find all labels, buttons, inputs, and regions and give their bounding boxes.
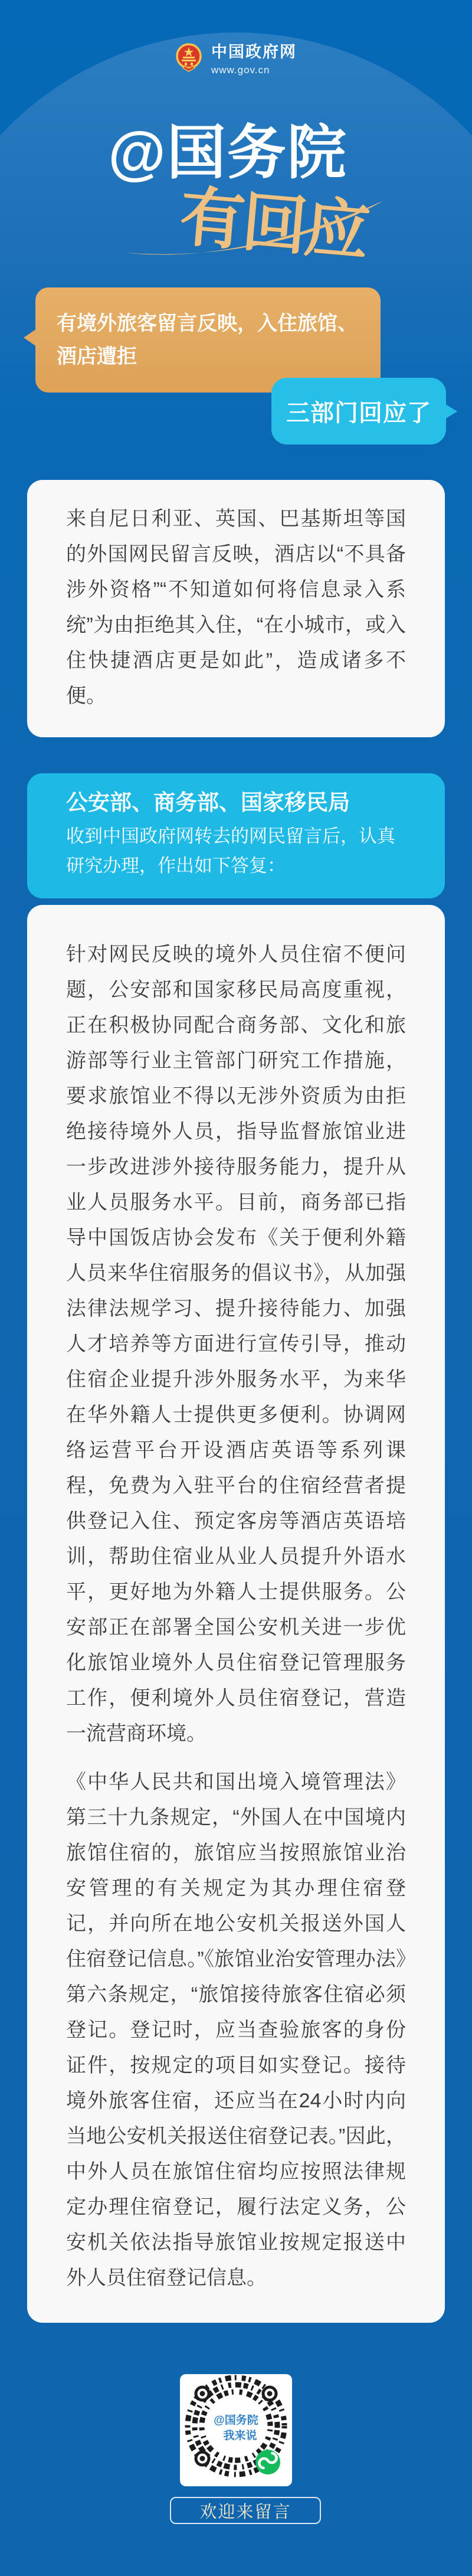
qr-center-text-line1: @国务院 [214, 2413, 258, 2427]
wechat-icon [255, 2450, 280, 2474]
site-header: 中国政府网 www.gov.cn [0, 43, 472, 76]
issue-card: 来自尼日利亚、英国、巴基斯坦等国的外国网民留言反映，酒店以“不具备涉外资格”“不… [27, 480, 445, 737]
answer-bubble: 三部门回应了 [271, 378, 446, 444]
question-bubble-text: 有境外旅客留言反映，入住旅馆、酒店遭拒 [57, 312, 358, 368]
wechat-qr-code[interactable]: @国务院 我来说 [180, 2374, 292, 2486]
responder-card-body: 收到中国政府网转去的网民留言后，认真研究办理，作出如下答复： [66, 822, 406, 881]
question-bubble: 有境外旅客留言反映，入住旅馆、酒店遭拒 [35, 287, 381, 393]
reply-card: 针对网民反映的境外人员住宿不便问题，公安部和国家移民局高度重视，正在积极协同配合… [27, 905, 445, 2323]
leave-message-button-label: 欢迎来留言 [199, 2499, 291, 2523]
gold-swoosh-underline [123, 200, 385, 261]
site-identity: 中国政府网 www.gov.cn [211, 43, 297, 76]
site-name: 中国政府网 [211, 43, 297, 61]
responder-card-title: 公安部、商务部、国家移民局 [66, 790, 406, 816]
china-national-emblem-icon [175, 43, 202, 76]
answer-bubble-text: 三部门回应了 [286, 394, 431, 428]
qr-center-text-line2: 我来说 [223, 2428, 257, 2442]
leave-message-button[interactable]: 欢迎来留言 [170, 2497, 321, 2524]
reply-paragraph-1: 针对网民反映的境外人员住宿不便问题，公安部和国家移民局高度重视，正在积极协同配合… [66, 937, 406, 1751]
issue-card-text: 来自尼日利亚、英国、巴基斯坦等国的外国网民留言反映，酒店以“不具备涉外资格”“不… [66, 501, 406, 714]
reply-paragraph-2: 《中华人民共和国出境入境管理法》第三十九条规定，“外国人在中国境内旅馆住宿的，旅… [66, 1764, 406, 2296]
poster: 中国政府网 www.gov.cn @国务院 有回应 有境外旅客留言反映，入住旅馆… [0, 0, 472, 2576]
responder-card: 公安部、商务部、国家移民局 收到中国政府网转去的网民留言后，认真研究办理，作出如… [27, 773, 445, 898]
site-url: www.gov.cn [211, 64, 297, 76]
